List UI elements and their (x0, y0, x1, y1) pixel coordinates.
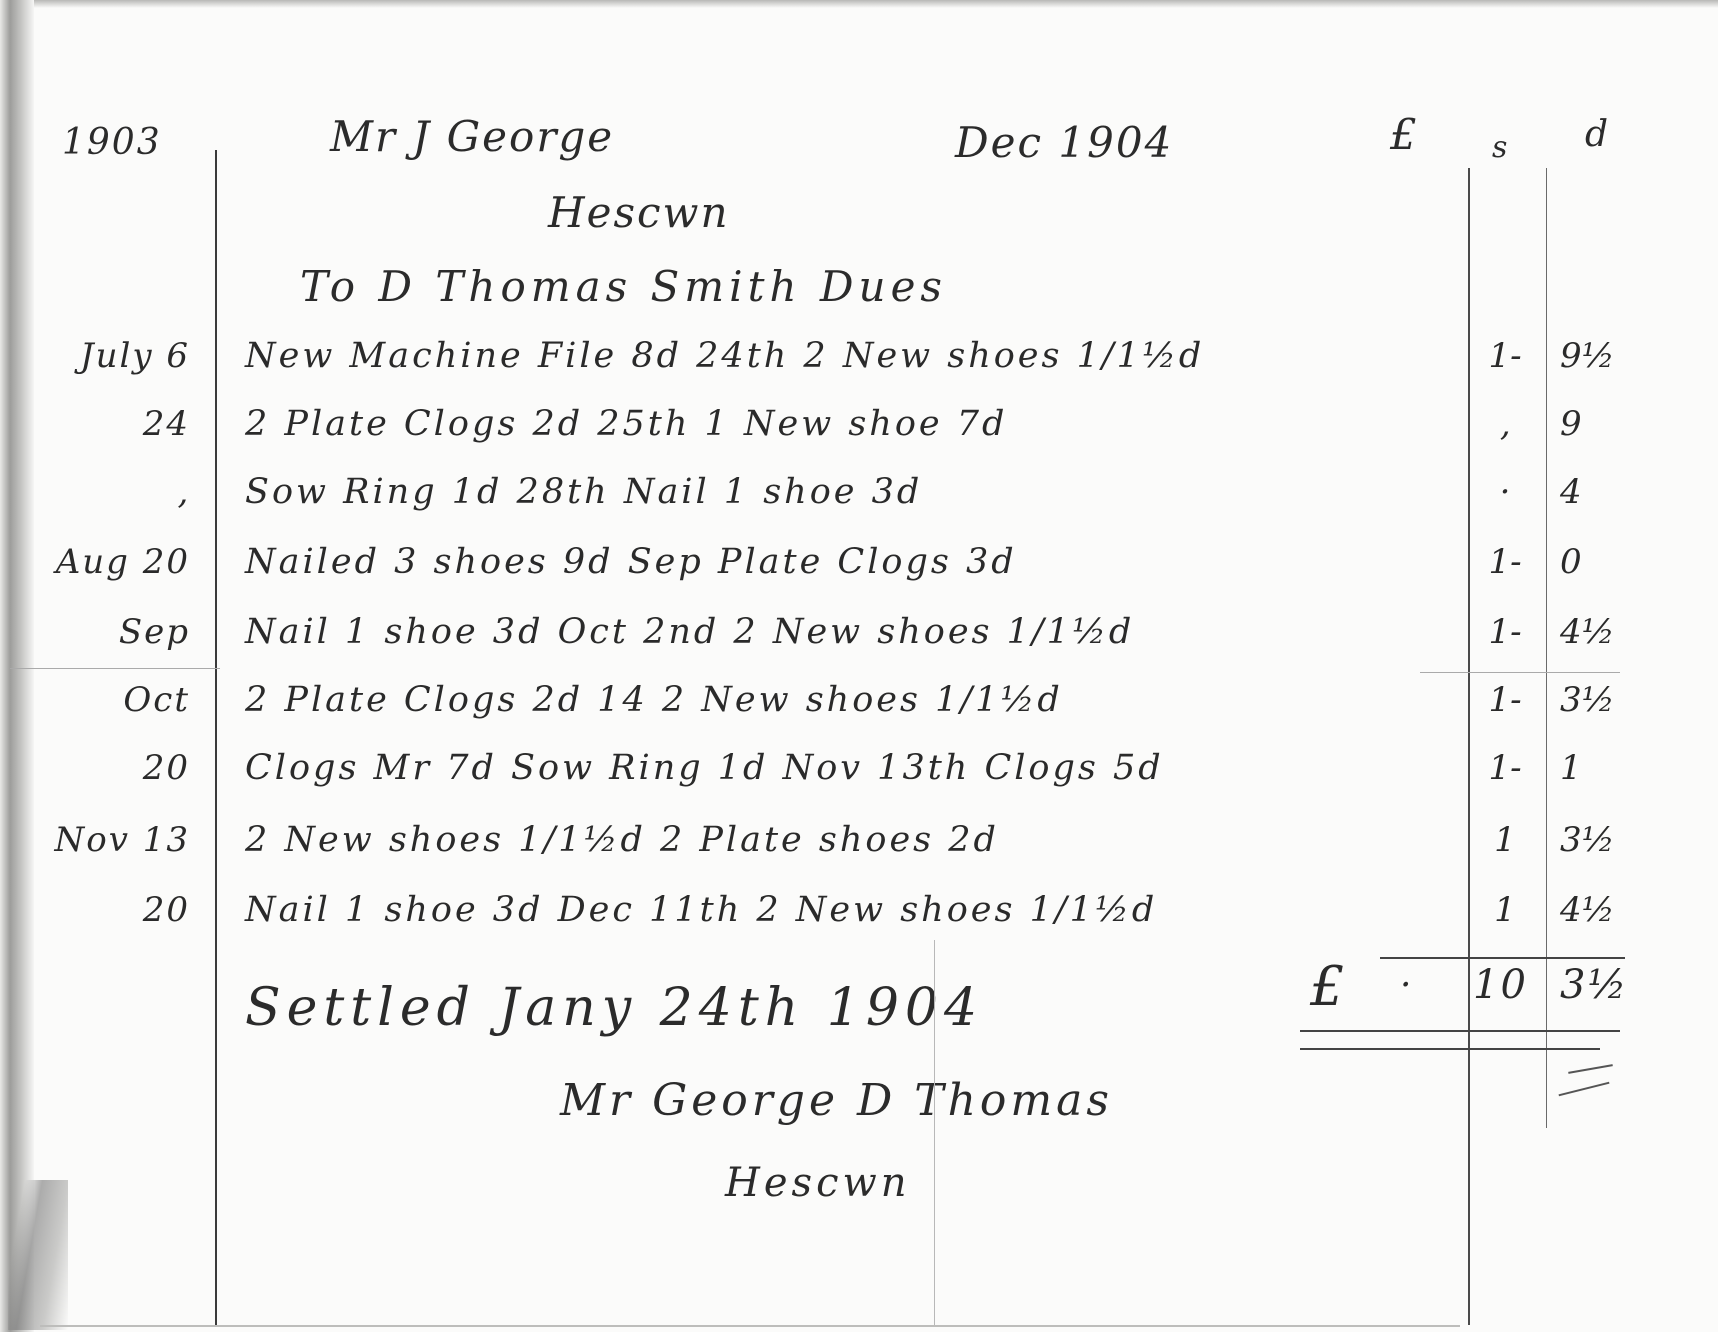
statement-date: Dec 1904 (955, 118, 1173, 167)
entry-row: 24 2 Plate Clogs 2d 25th 1 New shoe 7d ‚… (0, 404, 1718, 464)
entry-row: ‚ Sow Ring 1d 28th Nail 1 shoe 3d · 4 (0, 472, 1718, 532)
entry-shillings: ‚ (1470, 404, 1540, 444)
entry-row: July 6 New Machine File 8d 24th 2 New sh… (0, 336, 1718, 396)
entry-row: Oct 2 Plate Clogs 2d 14 2 New shoes 1/1½… (0, 680, 1718, 740)
entry-date: Nov 13 (0, 820, 190, 860)
entry-pence: 4 (1552, 472, 1650, 512)
balance-mark (1559, 1082, 1610, 1097)
entry-date: Sep (0, 612, 190, 652)
entry-date: ‚ (0, 472, 190, 512)
total-shillings: 10 (1458, 962, 1543, 1008)
total-rule-double-2 (1300, 1048, 1600, 1050)
entry-pence: 9½ (1552, 336, 1650, 376)
entry-shillings: 1- (1470, 680, 1540, 720)
entry-pence: 4½ (1552, 890, 1650, 930)
entry-shillings: 1 (1470, 890, 1540, 930)
settled-line: Settled Jany 24th 1904 (245, 978, 983, 1038)
total-rule-top (1380, 957, 1625, 959)
entry-row: Aug 20 Nailed 3 shoes 9d Sep Plate Clogs… (0, 542, 1718, 602)
entry-date: 24 (0, 404, 190, 444)
entry-description: Nail 1 shoe 3d Dec 11th 2 New shoes 1/1½… (245, 890, 1157, 930)
fold-crease-right (1420, 672, 1620, 673)
entry-pence: 3½ (1552, 820, 1650, 860)
entry-date: July 6 (0, 336, 190, 376)
entry-shillings: 1- (1470, 748, 1540, 788)
page-top-shadow (0, 0, 1718, 8)
entry-pence: 9 (1552, 404, 1650, 444)
entry-description: New Machine File 8d 24th 2 New shoes 1/1… (245, 336, 1204, 376)
entry-shillings: 1- (1470, 612, 1540, 652)
entry-shillings: 1- (1470, 336, 1540, 376)
creditor-line: To D Thomas Smith Dues (300, 262, 947, 311)
entry-description: Sow Ring 1d 28th Nail 1 shoe 3d (245, 472, 922, 512)
entry-description: 2 New shoes 1/1½d 2 Plate shoes 2d (245, 820, 999, 860)
entry-date: Aug 20 (0, 542, 190, 582)
total-pence: 3½ (1560, 962, 1628, 1008)
entry-row: Sep Nail 1 shoe 3d Oct 2nd 2 New shoes 1… (0, 612, 1718, 672)
customer-place: Hescwn (548, 188, 730, 237)
shillings-header: s (1492, 130, 1509, 165)
entry-description: Clogs Mr 7d Sow Ring 1d Nov 13th Clogs 5… (245, 748, 1164, 788)
entry-date: Oct (0, 680, 190, 720)
year-label: 1903 (62, 122, 162, 163)
page-bottom-edge (40, 1325, 1460, 1327)
entry-row: 20 Clogs Mr 7d Sow Ring 1d Nov 13th Clog… (0, 748, 1718, 808)
ledger-page: 1903 Mr J George Dec 1904 £ s d Hescwn T… (0, 0, 1718, 1332)
entry-description: 2 Plate Clogs 2d 14 2 New shoes 1/1½d (245, 680, 1063, 720)
entry-pence: 4½ (1552, 612, 1650, 652)
entry-description: Nail 1 shoe 3d Oct 2nd 2 New shoes 1/1½d (245, 612, 1134, 652)
entry-shillings: 1 (1470, 820, 1540, 860)
entry-shillings: · (1470, 472, 1540, 512)
page-corner-fold (8, 1180, 68, 1330)
paper-crease (934, 940, 935, 1325)
entry-description: Nailed 3 shoes 9d Sep Plate Clogs 3d (245, 542, 1017, 582)
settlement-place: Hescwn (725, 1160, 910, 1206)
entry-row: Nov 13 2 New shoes 1/1½d 2 Plate shoes 2… (0, 820, 1718, 880)
total-pounds: · (1400, 965, 1413, 1006)
entry-pence: 0 (1552, 542, 1650, 582)
total-rule-double-1 (1300, 1030, 1620, 1032)
entry-row: 20 Nail 1 shoe 3d Dec 11th 2 New shoes 1… (0, 890, 1718, 950)
entry-description: 2 Plate Clogs 2d 25th 1 New shoe 7d (245, 404, 1007, 444)
customer-name: Mr J George (330, 112, 614, 161)
balance-mark (1568, 1064, 1613, 1074)
entry-date: 20 (0, 890, 190, 930)
total-pound-sign: £ (1310, 955, 1346, 1018)
pence-header: d (1585, 114, 1610, 155)
entry-shillings: 1- (1470, 542, 1540, 582)
signature: Mr George D Thomas (560, 1075, 1113, 1126)
entry-pence: 3½ (1552, 680, 1650, 720)
entry-pence: 1 (1552, 748, 1650, 788)
pounds-header: £ (1390, 110, 1419, 159)
entry-date: 20 (0, 748, 190, 788)
